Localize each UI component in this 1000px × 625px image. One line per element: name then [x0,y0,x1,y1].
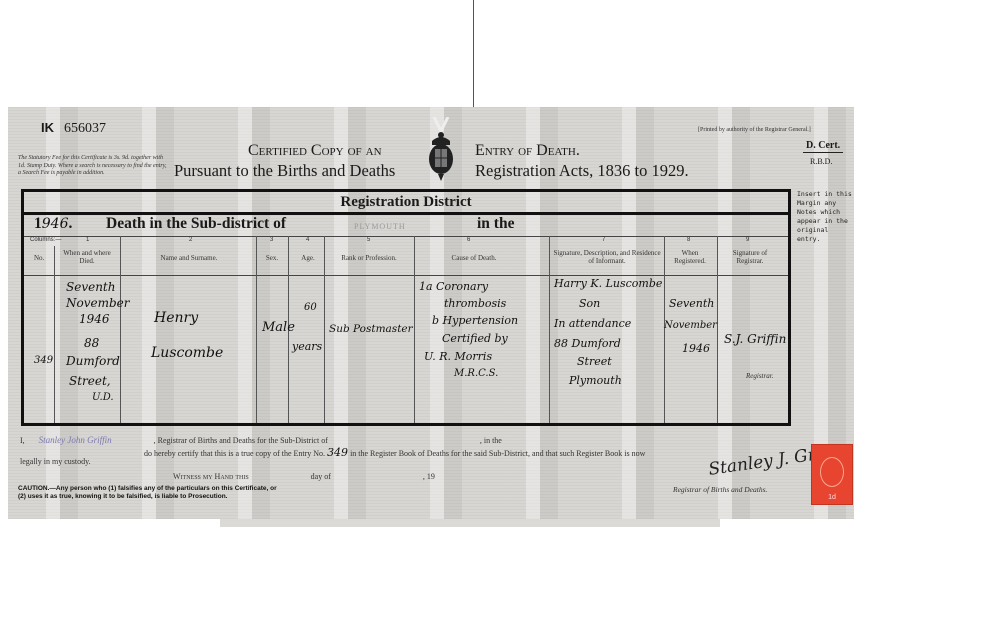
col-num: 3 [270,237,273,243]
age-unit: years [292,340,322,353]
col-head-name: Name and Surname. [124,254,254,262]
informant-line: In attendance [554,317,631,330]
column-divider [414,236,415,423]
columns-label: Columns:— [30,237,61,243]
informant-line: Plymouth [569,374,622,387]
registrar-name: Stanley John Griffin [39,435,112,445]
stamp-value: 1d [812,494,852,501]
title-right-line2: Registration Acts, 1836 to 1929. [475,161,689,181]
certification-line-3: legally in my custody. [20,457,91,466]
cause-line: b Hypertension [432,314,518,327]
age-value: 60 [304,302,317,313]
col-num: 6 [467,237,470,243]
sex-value: Male [262,320,295,335]
fee-note: The Statutory Fee for this Certificate i… [18,155,168,178]
registrar-signature: S.J. Griffin [724,332,786,346]
column-divider [54,246,55,423]
certification-line-2: do hereby certify that this is a true co… [144,446,645,459]
column-numbers: Columns:— 1 2 3 4 5 6 7 8 9 [24,236,788,246]
when-where-line: Street, [69,374,111,388]
certificate-torn-edge [220,519,720,527]
col-head-rank: Rank or Profession. [329,254,409,262]
when-where-line: U.D. [92,392,114,403]
serial-number: IK656037 [41,120,106,137]
registrar-label: Registrar. [746,372,773,380]
year: 1946. [34,212,72,236]
col-num: 8 [687,237,690,243]
cause-line: Certified by [442,332,508,345]
when-where-line: 1946 [79,312,110,326]
rank-value: Sub Postmaster [329,323,413,335]
cause-line: M.R.C.S. [454,368,498,379]
registered-line: 1946 [682,342,710,355]
col-num: 9 [746,237,749,243]
col-num: 2 [189,237,192,243]
col-head-when-registered: When Registered. [669,249,711,265]
cause-line: thrombosis [444,297,506,310]
informant-line: 88 Dumford [554,337,621,350]
form-code: D. Cert. [803,140,843,153]
register-entry-table: Registration District 1946. Death in the… [21,189,791,426]
informant-line: Son [579,297,600,310]
column-divider [120,236,121,423]
margin-note: Insert in this Margin any Notes which ap… [797,190,853,244]
col-num: 7 [602,237,605,243]
subdistrict-row: 1946. Death in the Sub-district of PLYMO… [24,212,788,237]
registered-line: November [664,320,717,331]
in-the-label: in the [477,212,514,236]
col-head-cause: Cause of Death. [419,254,529,262]
when-where-line: Seventh [66,280,115,294]
col-head-informant: Signature, Description, and Residence of… [552,249,662,265]
printed-by-note: [Printed by authority of the Registrar G… [698,127,811,133]
royal-coat-of-arms-icon [426,117,456,187]
title-left-line2: Pursuant to the Births and Deaths [174,161,395,181]
witness-line: Witness my Hand this day of , 19 [173,472,435,481]
caution-notice: CAUTION.—Any person who (1) falsifies an… [18,485,278,500]
col-head-sex: Sex. [258,254,286,262]
certified-entry-no: 349 [327,446,348,459]
subdistrict-label: Death in the Sub-district of [106,212,286,236]
column-divider [549,236,550,423]
title-right-line1: Entry of Death. [475,142,580,160]
certification-line-1: I, Stanley John Griffin , Registrar of B… [20,435,502,445]
entry-no: 349 [34,355,53,366]
column-divider [717,236,718,423]
cause-line: 1a Coronary [419,280,488,293]
informant-line: Harry K. Luscombe [554,277,662,290]
postage-stamp: 1d [811,444,853,505]
registered-line: Seventh [669,297,714,310]
forename: Henry [154,310,198,326]
col-num: 5 [367,237,370,243]
col-num: 1 [86,237,89,243]
fold-line [473,0,474,108]
when-where-line: 88 [84,336,99,350]
col-head-when-where: When and where Died. [58,249,116,265]
death-certificate: IK656037 The Statutory Fee for this Cert… [8,107,854,519]
col-head-no: No. [34,254,44,262]
cause-line: U. R. Morris [424,350,492,363]
informant-line: Street [577,355,612,368]
registrar-births-deaths-label: Registrar of Births and Deaths. [673,485,767,494]
title-left-line1: Certified Copy of an [248,142,382,160]
when-where-line: Dumford [66,354,120,368]
col-head-registrar-sig: Signature of Registrar. [722,249,778,265]
col-head-age: Age. [294,254,322,262]
column-divider [324,236,325,423]
when-where-line: November [66,296,130,310]
column-divider [256,236,257,423]
column-headers: No. When and where Died. Name and Surnam… [24,246,788,276]
king-portrait-icon [820,457,844,487]
surname: Luscombe [151,345,223,361]
form-sub-code: R.B.D. [810,157,832,166]
col-num: 4 [306,237,309,243]
